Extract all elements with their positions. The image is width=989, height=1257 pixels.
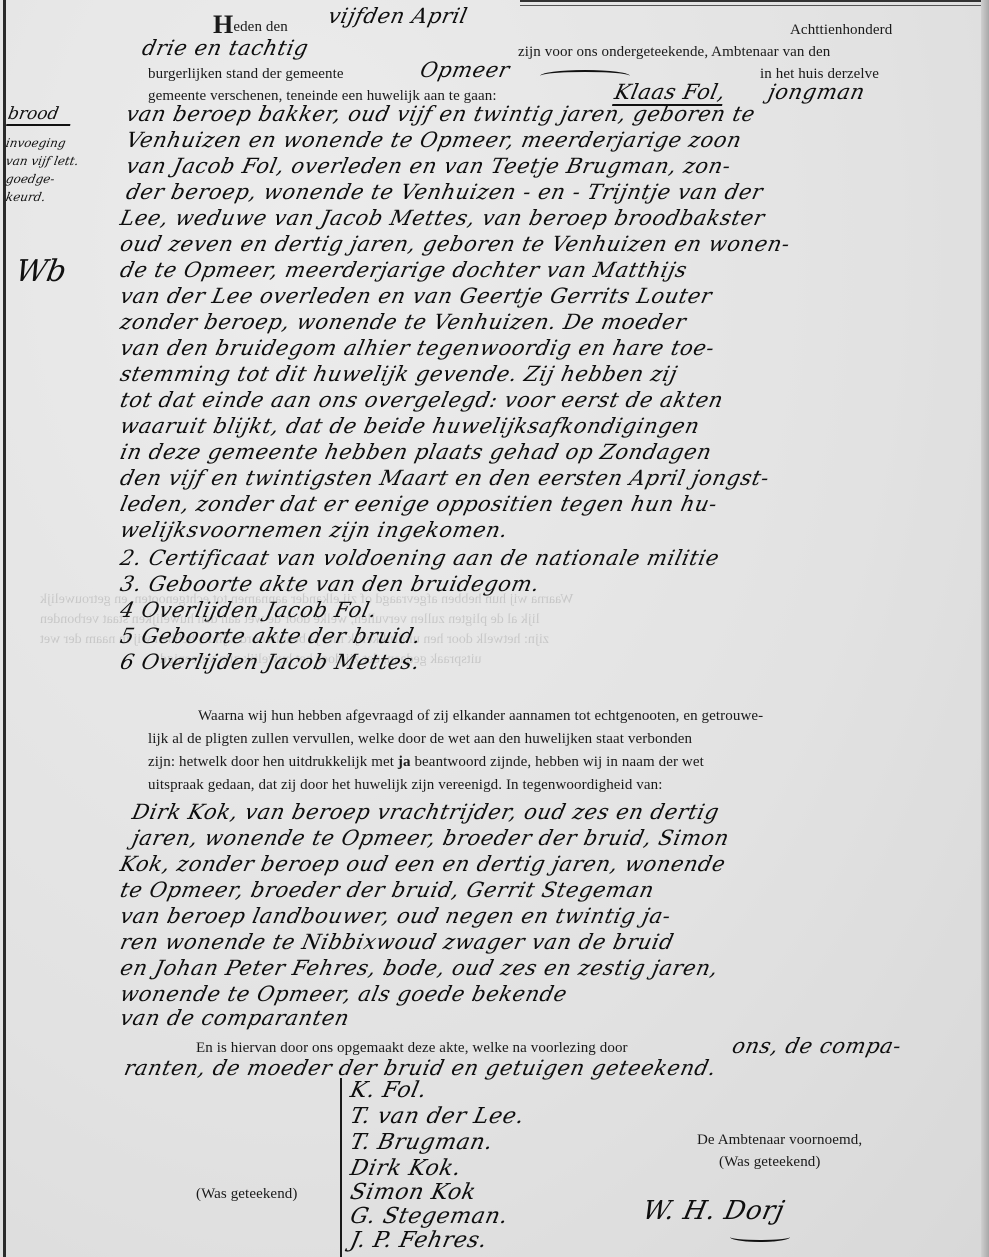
margin-note-line: van vijf lett. xyxy=(5,154,80,168)
margin-note-line: goedge- xyxy=(5,172,56,186)
body-line: van Jacob Fol, overleden en van Teetje B… xyxy=(124,154,733,178)
top-border-rule xyxy=(520,0,989,6)
witness-line: Dirk Kok, van beroep vrachtrijder, oud z… xyxy=(130,800,722,824)
body-line: Venhuizen en wonende te Opmeer, meerderj… xyxy=(124,128,744,152)
witness-line: wonende te Opmeer, als goede bekende xyxy=(118,982,570,1006)
body-line: leden, zonder dat er eenige oppositien t… xyxy=(118,492,720,516)
was-geteekend-left: (Was geteekend) xyxy=(196,1186,298,1203)
document-list-item: 3. Geboorte akte van den bruidegom. xyxy=(118,572,542,596)
hand-groom-status: jongman xyxy=(766,80,867,104)
witness-line: te Opmeer, broeder der bruid, Gerrit Ste… xyxy=(118,878,657,902)
officer-title: De Ambtenaar voornoemd, xyxy=(697,1132,862,1149)
officer-signature: W. H. Dorj xyxy=(640,1196,787,1226)
printed-line-3a: burgerlijken stand der gemeente xyxy=(148,66,344,83)
scanned-page: Waarna wij hun hebben afgevraagd of zij … xyxy=(0,0,989,1257)
signature: T. van der Lee. xyxy=(348,1104,527,1129)
body-line: van den bruidegom alhier tegenwoordig en… xyxy=(118,336,717,360)
signature: Simon Kok xyxy=(348,1180,479,1205)
body-line: den vijf en twintigsten Maart en den eer… xyxy=(118,466,772,490)
closing-hand-2: ranten, de moeder der bruid en getuigen … xyxy=(122,1056,719,1080)
document-list-item: 4 Overlijden Jacob Fol. xyxy=(118,598,379,622)
body-line: oud zeven en dertig jaren, geboren te Ve… xyxy=(118,232,792,256)
signature: J. P. Fehres. xyxy=(348,1228,490,1253)
witness-line: Kok, zonder beroep oud een en dertig jar… xyxy=(118,852,728,876)
margin-word: brood xyxy=(6,104,74,126)
closing-printed: En is hiervan door ons opgemaakt deze ak… xyxy=(196,1040,628,1057)
body-line: zonder beroep, wonende te Venhuizen. De … xyxy=(118,310,689,334)
was-geteekend-right: (Was geteekend) xyxy=(719,1154,821,1171)
body-line: waaruit blijkt, dat de beide huwelijksaf… xyxy=(118,414,702,438)
signature: T. Brugman. xyxy=(348,1130,495,1155)
margin-note-line: keurd. xyxy=(5,190,47,204)
witness-line: van de comparanten xyxy=(118,1006,352,1030)
declaration-line: Waarna wij hun hebben afgevraagd of zij … xyxy=(198,708,763,725)
witness-line: ren wonende te Nibbixwoud zwager van de … xyxy=(118,930,676,954)
dropcap: H xyxy=(213,10,233,39)
witness-line: jaren, wonende te Opmeer, broeder der br… xyxy=(130,826,732,850)
signature: K. Fol. xyxy=(348,1078,429,1103)
printed-line-2: zijn voor ons ondergeteekende, Ambtenaar… xyxy=(518,44,830,61)
hand-date: vijfden April xyxy=(326,4,470,28)
page-edge xyxy=(981,0,989,1257)
margin-note-line: invoeging xyxy=(5,136,67,150)
signature: Dirk Kok. xyxy=(348,1156,464,1181)
body-line: Lee, weduwe van Jacob Mettes, van beroep… xyxy=(118,206,767,230)
body-line: in deze gemeente hebben plaats gehad op … xyxy=(118,440,714,464)
margin-initials: Wb xyxy=(13,254,69,289)
signature-flourish xyxy=(730,1232,790,1242)
document-list-item: 6 Overlijden Jacob Mettes. xyxy=(118,650,422,674)
declaration-line: zijn: hetwelk door hen uitdrukkelijk met… xyxy=(148,754,704,771)
body-line: der beroep, wonende te Venhuizen - en - … xyxy=(124,180,765,204)
document-list-item: 5 Geboorte akte der bruid. xyxy=(118,624,423,648)
declaration-line: lijk al de pligten zullen vervullen, wel… xyxy=(148,731,692,748)
body-line: welijksvoornemen zijn ingekomen. xyxy=(118,518,510,542)
witness-line: van beroep landbouwer, oud negen en twin… xyxy=(118,904,673,928)
hand-year: drie en tachtig xyxy=(140,36,311,60)
binding-rule xyxy=(3,0,6,1257)
signature: G. Stegeman. xyxy=(348,1204,510,1229)
signature-bracket xyxy=(340,1078,342,1257)
body-line: de te Opmeer, meerderjarige dochter van … xyxy=(118,258,690,282)
declaration-line: uitspraak gedaan, dat zij door het huwel… xyxy=(148,777,663,794)
ja-emphasis: ja xyxy=(398,754,411,770)
body-line: van beroep bakker, oud vijf en twintig j… xyxy=(124,102,758,126)
hand-municipality: Opmeer xyxy=(418,58,512,82)
closing-hand-1: ons, de compa- xyxy=(730,1034,904,1058)
body-line: van der Lee overleden en van Geertje Ger… xyxy=(118,284,714,308)
printed-year-prefix: Achttienhonderd xyxy=(790,22,892,39)
document-list-item: 2. Certificaat van voldoening aan de nat… xyxy=(118,546,722,570)
witness-line: en Johan Peter Fehres, bode, oud zes en … xyxy=(118,956,720,980)
body-line: stemming tot dit huwelijk gevende. Zij h… xyxy=(118,362,680,386)
body-line: tot dat einde aan ons overgelegd: voor e… xyxy=(118,388,726,412)
